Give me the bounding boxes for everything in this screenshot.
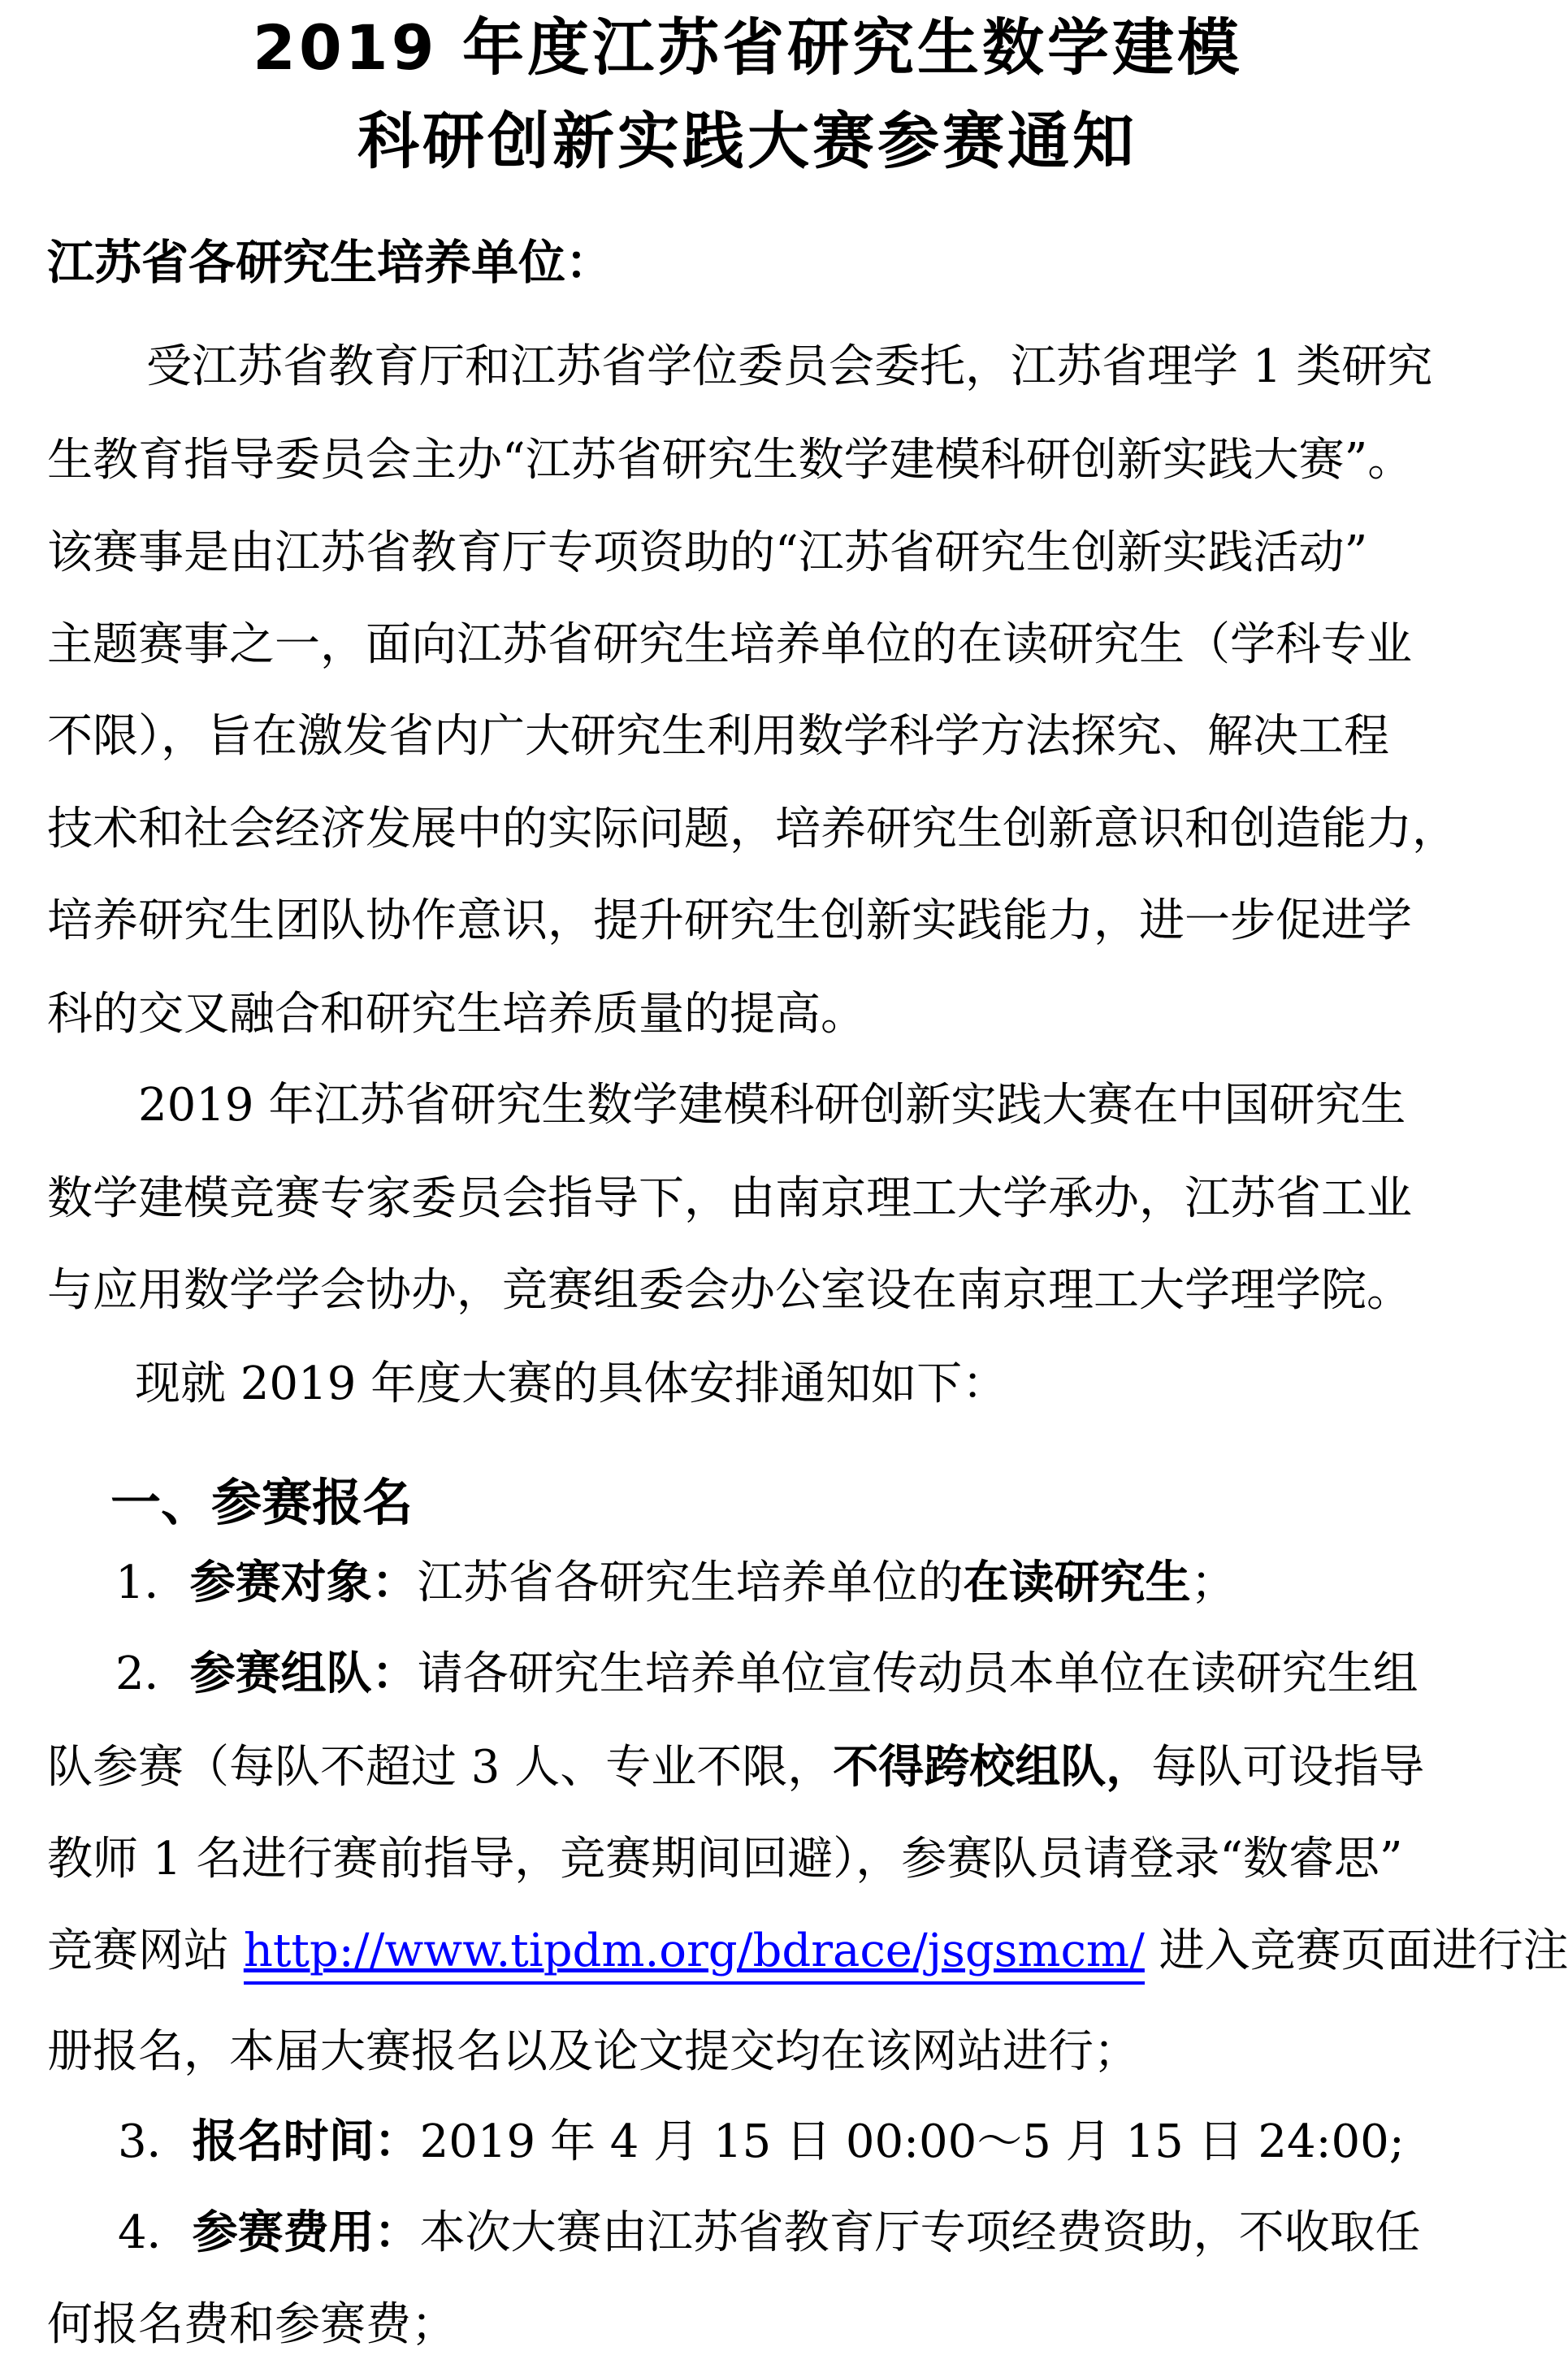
doc-title-line-2: 科研创新实践大赛参赛通知	[357, 106, 1137, 176]
bold-text-run: 不得跨校组队，	[833, 1741, 1151, 1794]
text-run: 队参赛（每队不超过 3 人、专业不限，	[47, 1741, 833, 1794]
text-run: 生教育指导委员会主办“江苏省研究生数学建模科研创新实践大赛”。	[47, 434, 1413, 487]
text-run: 进入竞赛页面进行注	[1145, 1925, 1568, 1977]
text-run: 与应用数学学会协办，竞赛组委会办公室设在南京理工大学理学院。	[47, 1264, 1412, 1317]
item4-line-1: 4．参赛费用：本次大赛由江苏省教育厅专项经费资助，不收取任	[118, 2207, 1421, 2259]
para2-line-3: 与应用数学学会协办，竞赛组委会办公室设在南京理工大学理学院。	[47, 1265, 1412, 1317]
salutation: 江苏省各研究生培养单位：	[47, 236, 613, 290]
text-run: 江苏省各研究生培养单位的	[418, 1557, 964, 1609]
text-run: 现就 2019 年度大赛的具体安排通知如下：	[135, 1357, 1007, 1410]
item4-line-2: 何报名费和参赛费；	[47, 2299, 457, 2351]
para1-line-5: 不限），旨在激发省内广大研究生利用数学科学方法探究、解决工程	[47, 711, 1389, 763]
text-run: 不限），旨在激发省内广大研究生利用数学科学方法探究、解决工程	[47, 710, 1389, 763]
para2-line-2: 数学建模竞赛专家委员会指导下，由南京理工大学承办，江苏省工业	[47, 1173, 1412, 1225]
competition-website-link[interactable]: http://www.tipdm.org/bdrace/jsgsmcm/	[244, 1925, 1145, 1985]
text-run: 请各研究生培养单位宣传动员本单位在读研究生组	[418, 1647, 1419, 1700]
bold-text-run: 在读研究生	[964, 1557, 1191, 1609]
text-run: 主题赛事之一，面向江苏省研究生培养单位的在读研究生（学科专业	[47, 618, 1412, 671]
text-run: 1．	[115, 1557, 190, 1609]
text-run: 竞赛网站	[47, 1925, 244, 1977]
item2-line-3: 教师 1 名进行赛前指导，竞赛期间回避），参赛队员请登录“数睿思”	[47, 1834, 1403, 1886]
text-run: 该赛事是由江苏省教育厅专项资助的“江苏省研究生创新实践活动”	[47, 526, 1367, 579]
item2-line-1: 2．参赛组队：请各研究生培养单位宣传动员本单位在读研究生组	[115, 1648, 1419, 1700]
para1-line-1: 受江苏省教育厅和江苏省学位委员会委托，江苏省理学 1 类研究	[146, 341, 1432, 393]
item2-line-4: 竞赛网站 http://www.tipdm.org/bdrace/jsgsmcm…	[47, 1925, 1568, 1977]
para1-line-6: 技术和社会经济发展中的实际问题，培养研究生创新意识和创造能力，	[47, 803, 1458, 855]
text-run: ；	[1191, 1557, 1237, 1609]
para1-line-8: 科的交叉融合和研究生培养质量的提高。	[47, 989, 866, 1041]
text-run: 教师 1 名进行赛前指导，竞赛期间回避），参赛队员请登录“数睿思”	[47, 1833, 1403, 1886]
text-run: 受江苏省教育厅和江苏省学位委员会委托，江苏省理学 1 类研究	[146, 340, 1432, 393]
text-run: 何报名费和参赛费；	[47, 2298, 457, 2351]
text-run: 2019 年 4 月 15 日 00:00～5 月 15 日 24:00;	[420, 2115, 1405, 2168]
para1-line-4: 主题赛事之一，面向江苏省研究生培养单位的在读研究生（学科专业	[47, 619, 1412, 671]
bold-text-run: 报名时间：	[193, 2115, 420, 2168]
text-run: 2．	[115, 1647, 190, 1700]
item1-line-1: 1．参赛对象：江苏省各研究生培养单位的在读研究生；	[115, 1557, 1237, 1609]
doc-title-line-1: 2019 年度江苏省研究生数学建模	[253, 12, 1242, 83]
item3-line-1: 3．报名时间：2019 年 4 月 15 日 00:00～5 月 15 日 24…	[118, 2116, 1405, 2168]
text-run: 3．	[118, 2115, 193, 2168]
para1-line-3: 该赛事是由江苏省教育厅专项资助的“江苏省研究生创新实践活动”	[47, 527, 1367, 579]
text-run: 每队可设指导	[1151, 1741, 1424, 1794]
text-run: 培养研究生团队协作意识，提升研究生创新实践能力，进一步促进学	[47, 894, 1412, 947]
para3-line-1: 现就 2019 年度大赛的具体安排通知如下：	[135, 1358, 1007, 1410]
text-run: 技术和社会经济发展中的实际问题，培养研究生创新意识和创造能力，	[47, 803, 1458, 855]
text-run: 册报名，本届大赛报名以及论文提交均在该网站进行；	[47, 2025, 1139, 2078]
bold-text-run: 参赛组队：	[190, 1647, 418, 1700]
page: 2019 年度江苏省研究生数学建模 科研创新实践大赛参赛通知 江苏省各研究生培养…	[0, 0, 1568, 2364]
item2-line-2: 队参赛（每队不超过 3 人、专业不限，不得跨校组队，每队可设指导	[47, 1742, 1424, 1794]
item2-line-5: 册报名，本届大赛报名以及论文提交均在该网站进行；	[47, 2026, 1139, 2078]
text-run: 数学建模竞赛专家委员会指导下，由南京理工大学承办，江苏省工业	[47, 1172, 1412, 1225]
para1-line-7: 培养研究生团队协作意识，提升研究生创新实践能力，进一步促进学	[47, 895, 1412, 947]
text-run: 科的交叉融合和研究生培养质量的提高。	[47, 988, 866, 1041]
text-run: 2019 年江苏省研究生数学建模科研创新实践大赛在中国研究生	[138, 1079, 1406, 1132]
text-run: 本次大赛由江苏省教育厅专项经费资助，不收取任	[420, 2206, 1421, 2259]
bold-text-run: 参赛费用：	[193, 2206, 420, 2259]
text-run: 4．	[118, 2206, 193, 2259]
bold-text-run: 参赛对象：	[190, 1557, 418, 1609]
section-heading: 一、参赛报名	[110, 1474, 413, 1531]
para2-line-1: 2019 年江苏省研究生数学建模科研创新实践大赛在中国研究生	[138, 1080, 1406, 1132]
para1-line-2: 生教育指导委员会主办“江苏省研究生数学建模科研创新实践大赛”。	[47, 435, 1413, 487]
